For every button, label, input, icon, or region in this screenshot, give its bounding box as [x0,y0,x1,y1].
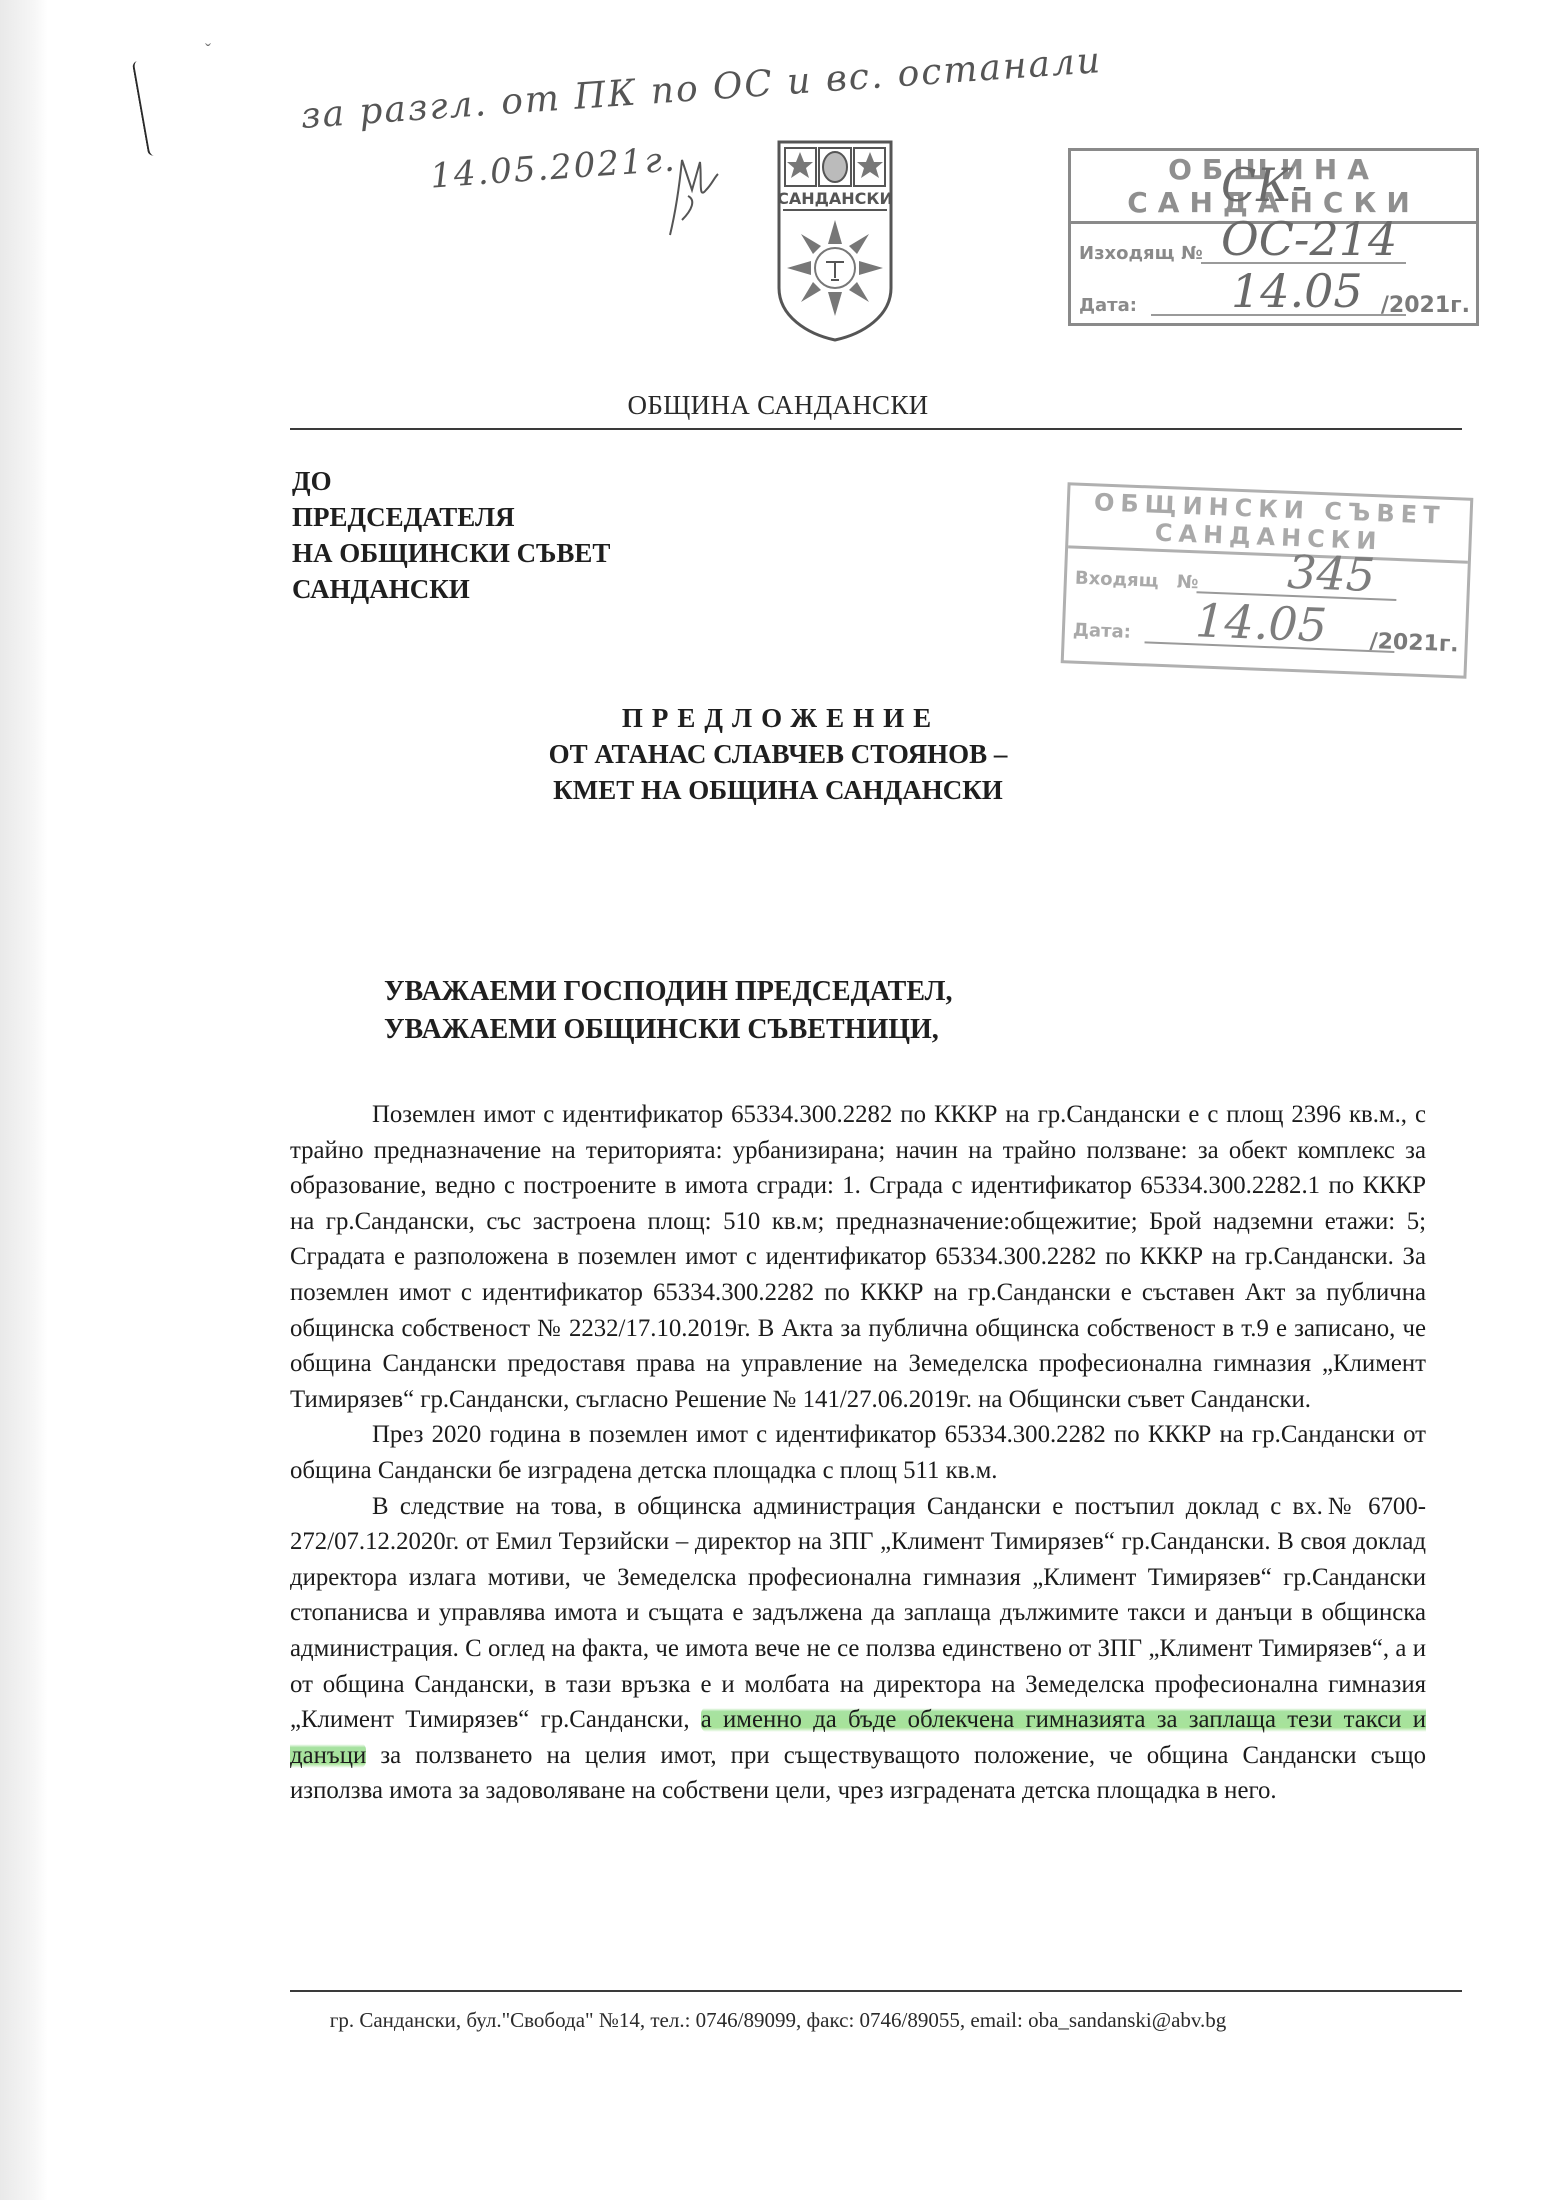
coat-of-arms-icon: САНДАНСКИ [775,138,895,343]
salutation: УВАЖАЕМИ ГОСПОДИН ПРЕДСЕДАТЕЛ, УВАЖАЕМИ … [384,973,953,1049]
stamp-number-value: СК-ОС-214 [1221,158,1476,266]
body-text: за ползването на целия имот, при съществ… [290,1742,1426,1805]
recipient-block: ДО ПРЕДСЕДАТЕЛЯ НА ОБЩИНСКИ СЪВЕТ САНДАН… [292,463,610,607]
body-text: В следствие на това, в общинска админист… [290,1493,1426,1734]
document-type-title: ПРЕДЛОЖЕНИЕ [0,700,1556,736]
recipient-line: ДО [292,463,610,499]
stamp-number-prefix: № [1176,572,1198,594]
stamp-date-label: Дата: [1073,620,1132,643]
handwritten-resolution: за разгл. от ПК по ОС и вс. останали [300,40,1104,137]
salutation-line: УВАЖАЕМИ ОБЩИНСКИ СЪВЕТНИЦИ, [384,1011,953,1049]
stamp-year: /2021г. [1369,629,1459,657]
handwritten-date: 14.05.2021г. [429,139,678,196]
stamp-number-prefix: № [1181,243,1203,264]
letterhead-divider [290,428,1462,430]
stamp-year: /2021г. [1381,293,1470,318]
scan-edge [0,0,48,2200]
proposal-author-position: КМЕТ НА ОБЩИНА САНДАНСКИ [0,772,1556,808]
letterhead-title: ОБЩИНА САНДАНСКИ [0,390,1556,421]
stamp-number-label: Изходящ [1079,243,1175,264]
footer-contact: гр. Сандански, бул."Свобода" №14, тел.: … [0,2008,1556,2033]
document-body: Поземлен имот с идентификатор 65334.300.… [290,1097,1426,1809]
outgoing-registration-stamp: ОБЩИНА САНДАНСКИ Изходящ № СК-ОС-214 Дат… [1068,148,1479,326]
body-paragraph: Поземлен имот с идентификатор 65334.300.… [290,1097,1426,1417]
body-paragraph: В следствие на това, в общинска админист… [290,1489,1426,1809]
scan-speck: ˇ [205,40,211,61]
salutation-line: УВАЖАЕМИ ГОСПОДИН ПРЕДСЕДАТЕЛ, [384,973,953,1011]
recipient-line: САНДАНСКИ [292,571,610,607]
staple-mark [132,60,162,157]
stamp-number-value: 345 [1286,545,1376,602]
body-paragraph: През 2020 година в поземлен имот с идент… [290,1417,1426,1488]
recipient-line: НА ОБЩИНСКИ СЪВЕТ [292,535,610,571]
svg-text:САНДАНСКИ: САНДАНСКИ [777,189,893,208]
incoming-registration-stamp: ОБЩИНСКИ СЪВЕТ САНДАНСКИ Входящ № 345 Да… [1061,482,1474,678]
proposal-author: ОТ АТАНАС СЛАВЧЕВ СТОЯНОВ – [0,736,1556,772]
proposal-heading: ПРЕДЛОЖЕНИЕ ОТ АТАНАС СЛАВЧЕВ СТОЯНОВ – … [0,700,1556,808]
signature-icon [662,150,722,240]
stamp-number-label: Входящ [1075,568,1159,592]
footer-divider [290,1990,1462,1992]
recipient-line: ПРЕДСЕДАТЕЛЯ [292,499,610,535]
stamp-date-value: 14.05 [1231,264,1363,318]
stamp-date-value: 14.05 [1194,593,1328,652]
stamp-date-label: Дата: [1079,295,1137,316]
